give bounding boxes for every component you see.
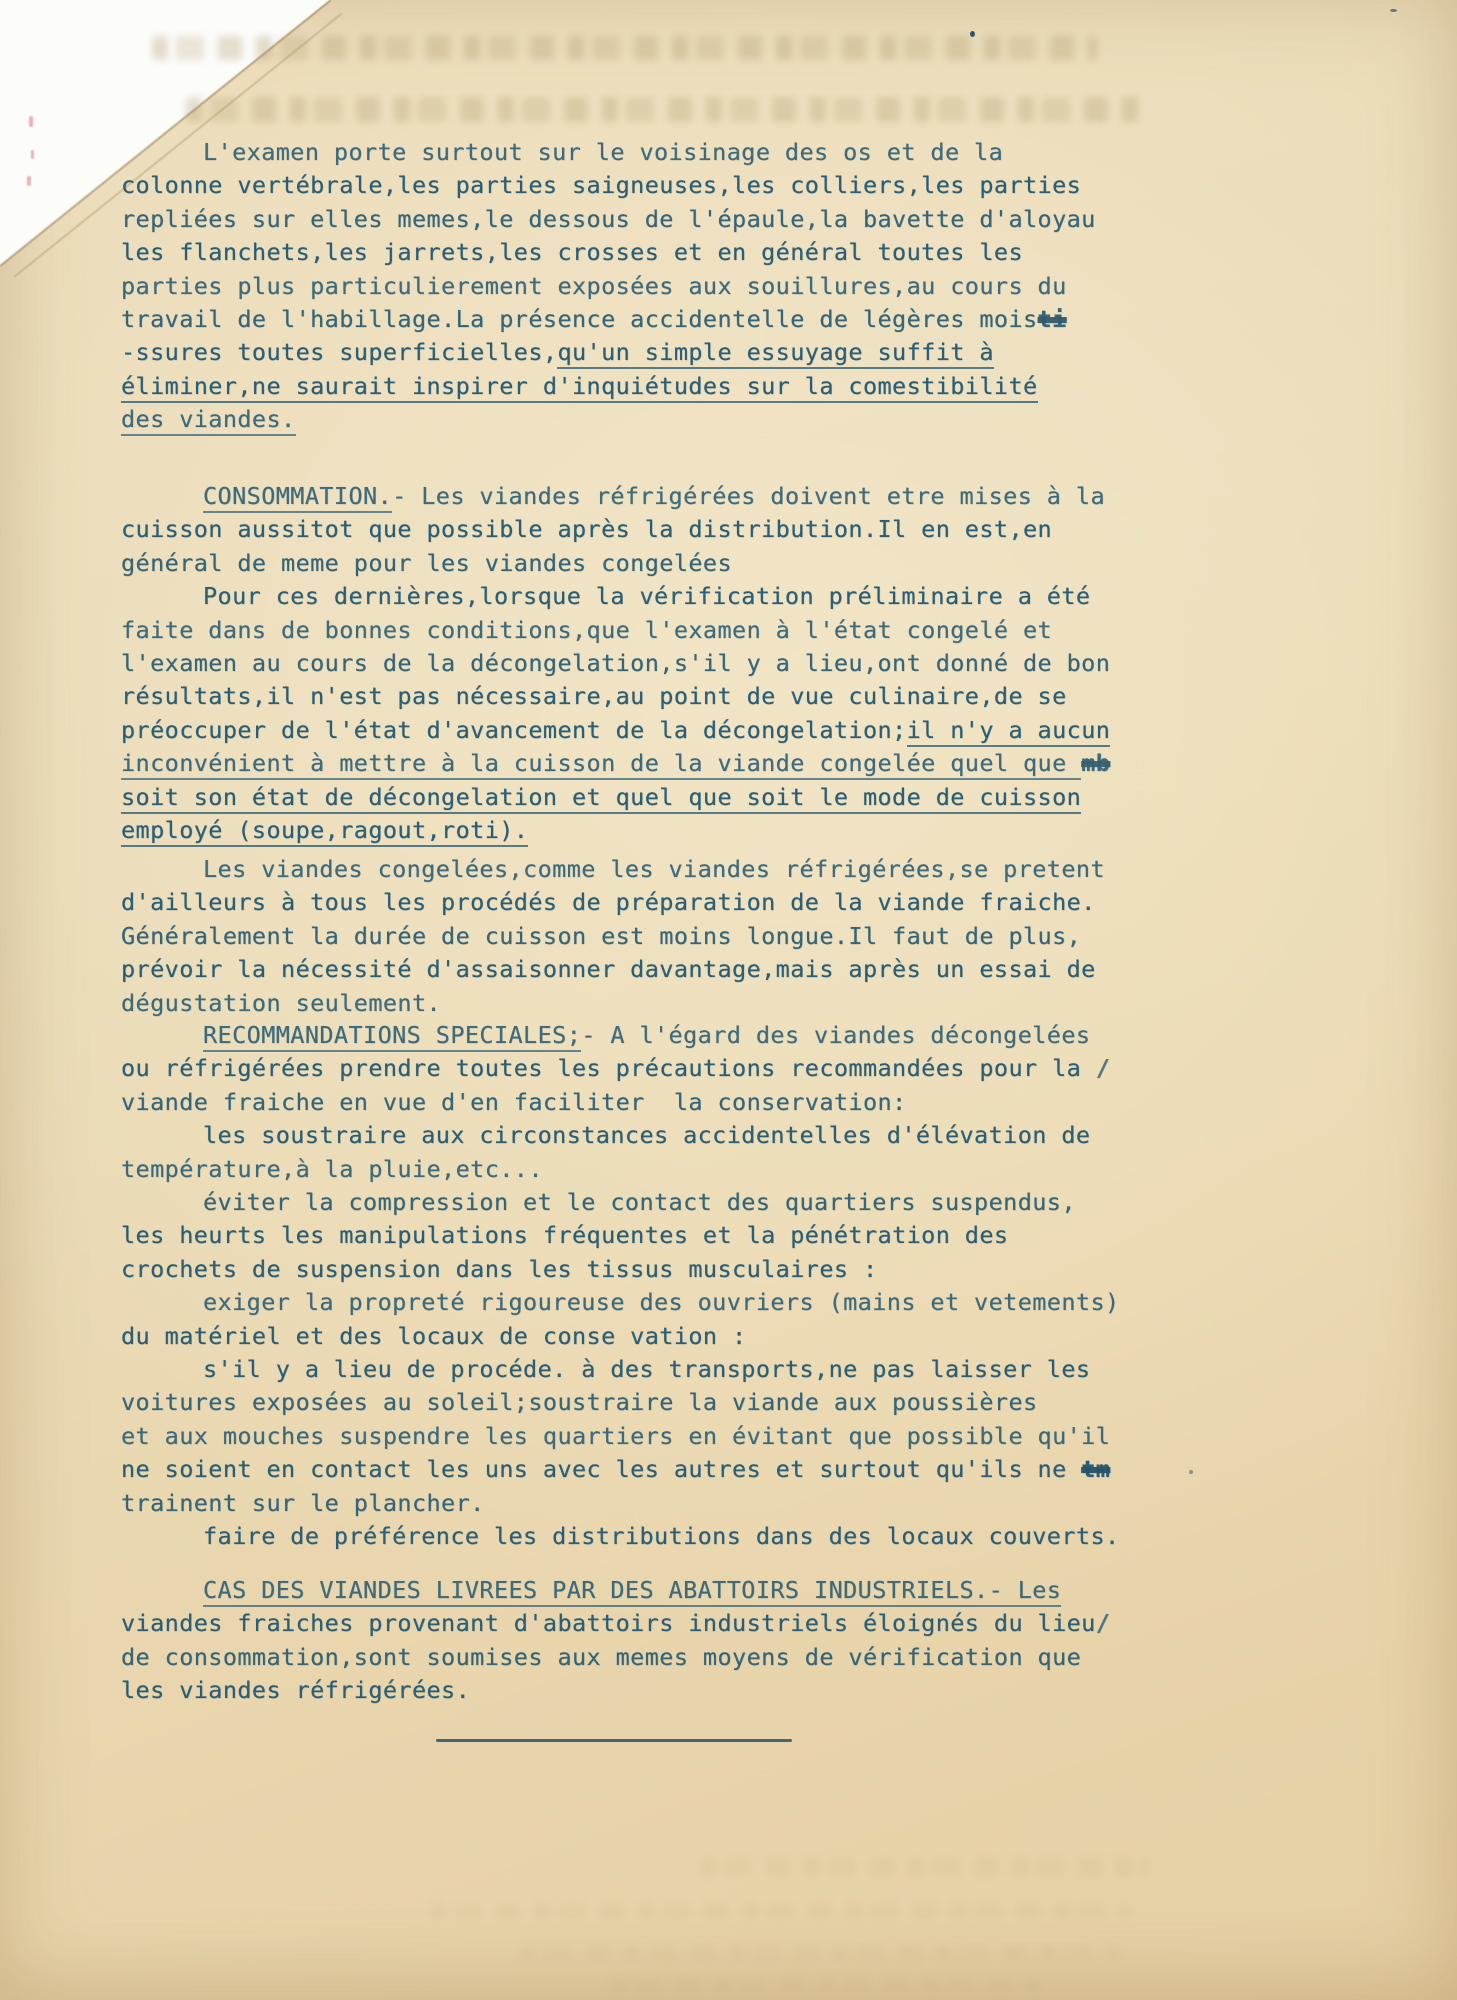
text-segment: du matériel et des locaux de conse vatio… xyxy=(121,1322,747,1350)
text-segment: soit son état de décongelation et quel q… xyxy=(121,783,1081,814)
text-segment: exiger la propreté rigoureuse des ouvrie… xyxy=(203,1288,1120,1316)
text-segment: - Les viandes réfrigérées doivent etre m… xyxy=(392,482,1105,510)
text-line: l'examen au cours de la décongelation,s'… xyxy=(121,647,1241,680)
text-line: travail de l'habillage.La présence accid… xyxy=(121,303,1241,336)
text-line: éviter la compression et le contact des … xyxy=(121,1186,1241,1219)
text-line: résultats,il n'est pas nécessaire,au poi… xyxy=(121,680,1241,713)
text-segment: cuisson aussitot que possible après la d… xyxy=(121,515,1052,543)
text-segment: tm xyxy=(1081,1455,1110,1483)
text-line: de consommation,sont soumises aux memes … xyxy=(121,1641,1241,1674)
text-segment: mb xyxy=(1081,749,1110,777)
text-line: colonne vertébrale,les parties saigneuse… xyxy=(121,169,1241,202)
text-line: éliminer,ne saurait inspirer d'inquiétud… xyxy=(121,370,1241,403)
text-segment: Généralement la durée de cuisson est moi… xyxy=(121,922,1081,950)
text-line: employé (soupe,ragout,roti). xyxy=(121,814,1241,847)
text-line: faire de préférence les distributions da… xyxy=(121,1520,1241,1553)
text-segment: parties plus particulierement exposées a… xyxy=(121,272,1067,300)
text-segment: crochets de suspension dans les tissus m… xyxy=(121,1255,878,1283)
text-segment: les heurts les manipulations fréquentes … xyxy=(121,1221,1008,1249)
text-segment: éviter la compression et le contact des … xyxy=(203,1188,1076,1216)
text-segment: employé (soupe,ragout,roti). xyxy=(121,816,528,847)
text-segment: voitures exposées au soleil;soustraire l… xyxy=(121,1388,1038,1416)
text-segment: et aux mouches suspendre les quartiers e… xyxy=(121,1422,1110,1450)
section-heading: CONSOMMATION. xyxy=(203,482,392,513)
text-segment: Les viandes congelées,comme les viandes … xyxy=(203,855,1105,883)
text-line: température,à la pluie,etc... xyxy=(121,1153,1241,1186)
text-segment: il n'y a aucun xyxy=(907,716,1111,747)
text-segment: température,à la pluie,etc... xyxy=(121,1155,543,1183)
text-line: L'examen porte surtout sur le voisinage … xyxy=(121,136,1241,169)
paragraph-abattoirs-industriels: CAS DES VIANDES LIVREES PAR DES ABATTOIR… xyxy=(121,1574,1241,1708)
text-segment: l'examen au cours de la décongelation,s'… xyxy=(121,649,1110,677)
text-line: des viandes. xyxy=(121,403,1241,436)
text-segment: travail de l'habillage.La présence accid… xyxy=(121,305,1038,333)
text-line: Généralement la durée de cuisson est moi… xyxy=(121,920,1241,953)
text-segment: d'ailleurs à tous les procédés de prépar… xyxy=(121,888,1096,916)
text-line: du matériel et des locaux de conse vatio… xyxy=(121,1320,1241,1353)
text-segment: - A l'égard des viandes décongelées xyxy=(581,1021,1090,1049)
text-line: préoccuper de l'état d'avancement de la … xyxy=(121,714,1241,747)
text-segment: faite dans de bonnes conditions,que l'ex… xyxy=(121,616,1052,644)
text-line: CAS DES VIANDES LIVREES PAR DES ABATTOIR… xyxy=(121,1574,1241,1607)
text-line: crochets de suspension dans les tissus m… xyxy=(121,1253,1241,1286)
text-line: ne soient en contact les uns avec les au… xyxy=(121,1453,1241,1486)
paragraph-viandes-congelees: Les viandes congelées,comme les viandes … xyxy=(121,853,1241,1020)
text-segment: général de meme pour les viandes congelé… xyxy=(121,549,732,577)
text-segment: préoccuper de l'état d'avancement de la … xyxy=(121,716,907,744)
text-segment: ou réfrigérées prendre toutes les précau… xyxy=(121,1054,1096,1082)
text-line: dégustation seulement. xyxy=(121,987,1241,1020)
text-line: Les viandes congelées,comme les viandes … xyxy=(121,853,1241,886)
text-segment: repliées sur elles memes,le dessous de l… xyxy=(121,205,1096,233)
text-segment: colonne vertébrale,les parties saigneuse… xyxy=(121,171,1081,199)
text-line: général de meme pour les viandes congelé… xyxy=(121,547,1241,580)
text-line: repliées sur elles memes,le dessous de l… xyxy=(121,203,1241,236)
text-line: ou réfrigérées prendre toutes les précau… xyxy=(121,1052,1241,1085)
horizontal-rule xyxy=(436,1739,792,1742)
text-segment: qu'un simple essuyage suffit à xyxy=(557,338,993,369)
paragraph-consommation: CONSOMMATION.- Les viandes réfrigérées d… xyxy=(121,480,1241,847)
text-line: les viandes réfrigérées. xyxy=(121,1674,1241,1707)
text-line: d'ailleurs à tous les procédés de prépar… xyxy=(121,886,1241,919)
text-segment: trainent sur le plancher. xyxy=(121,1489,485,1517)
text-segment: - Les xyxy=(989,1576,1062,1607)
text-line: prévoir la nécessité d'assaisonner davan… xyxy=(121,953,1241,986)
section-heading: CAS DES VIANDES LIVREES PAR DES ABATTOIR… xyxy=(203,1576,989,1607)
text-segment: -ssures toutes superficielles, xyxy=(121,338,557,366)
text-segment: viandes fraiches provenant d'abattoirs i… xyxy=(121,1609,1096,1637)
text-segment: prévoir la nécessité d'assaisonner davan… xyxy=(121,955,1096,983)
text-line: les soustraire aux circonstances acciden… xyxy=(121,1119,1241,1152)
text-segment: L'examen porte surtout sur le voisinage … xyxy=(203,138,1003,166)
text-line: s'il y a lieu de procéde. à des transpor… xyxy=(121,1353,1241,1386)
text-segment: Pour ces dernières,lorsque la vérificati… xyxy=(203,582,1090,610)
text-line: viandes fraiches provenant d'abattoirs i… xyxy=(121,1607,1241,1640)
text-line: les flanchets,les jarrets,les crosses et… xyxy=(121,236,1241,269)
document-text: L'examen porte surtout sur le voisinage … xyxy=(0,0,1457,2000)
scanned-page: L'examen porte surtout sur le voisinage … xyxy=(0,0,1457,2000)
text-segment: ti xyxy=(1038,305,1067,333)
text-segment: viande fraiche en vue d'en faciliter la … xyxy=(121,1088,907,1116)
text-segment: éliminer,ne saurait inspirer d'inquiétud… xyxy=(121,372,1038,403)
text-line: parties plus particulierement exposées a… xyxy=(121,270,1241,303)
paragraph-examen: L'examen porte surtout sur le voisinage … xyxy=(121,136,1241,437)
text-line: trainent sur le plancher. xyxy=(121,1487,1241,1520)
text-line: Pour ces dernières,lorsque la vérificati… xyxy=(121,580,1241,613)
text-line: voitures exposées au soleil;soustraire l… xyxy=(121,1386,1241,1419)
text-line: faite dans de bonnes conditions,que l'ex… xyxy=(121,614,1241,647)
text-segment: / xyxy=(1096,1609,1111,1637)
text-segment: / xyxy=(1096,1054,1111,1082)
text-line: exiger la propreté rigoureuse des ouvrie… xyxy=(121,1286,1241,1319)
text-line: CONSOMMATION.- Les viandes réfrigérées d… xyxy=(121,480,1241,513)
text-segment: s'il y a lieu de procéde. à des transpor… xyxy=(203,1355,1090,1383)
text-segment: les soustraire aux circonstances acciden… xyxy=(203,1121,1090,1149)
text-line: inconvénient à mettre à la cuisson de la… xyxy=(121,747,1241,780)
text-line: soit son état de décongelation et quel q… xyxy=(121,781,1241,814)
paragraph-recommandations: RECOMMANDATIONS SPECIALES;- A l'égard de… xyxy=(121,1019,1241,1554)
text-segment: résultats,il n'est pas nécessaire,au poi… xyxy=(121,682,1067,710)
section-heading: RECOMMANDATIONS SPECIALES; xyxy=(203,1021,581,1052)
text-segment: des viandes. xyxy=(121,405,296,436)
text-line: viande fraiche en vue d'en faciliter la … xyxy=(121,1086,1241,1119)
text-line: et aux mouches suspendre les quartiers e… xyxy=(121,1420,1241,1453)
text-segment: les flanchets,les jarrets,les crosses et… xyxy=(121,238,1023,266)
text-line: RECOMMANDATIONS SPECIALES;- A l'égard de… xyxy=(121,1019,1241,1052)
text-segment: inconvénient à mettre à la cuisson de la… xyxy=(121,749,1081,780)
text-line: les heurts les manipulations fréquentes … xyxy=(121,1219,1241,1252)
text-line: cuisson aussitot que possible après la d… xyxy=(121,513,1241,546)
text-segment: dégustation seulement. xyxy=(121,989,441,1017)
text-segment: ne soient en contact les uns avec les au… xyxy=(121,1455,1081,1483)
text-segment: les viandes réfrigérées. xyxy=(121,1676,470,1704)
text-segment: de consommation,sont soumises aux memes … xyxy=(121,1643,1081,1671)
text-segment: faire de préférence les distributions da… xyxy=(203,1522,1120,1550)
text-line: -ssures toutes superficielles,qu'un simp… xyxy=(121,336,1241,369)
